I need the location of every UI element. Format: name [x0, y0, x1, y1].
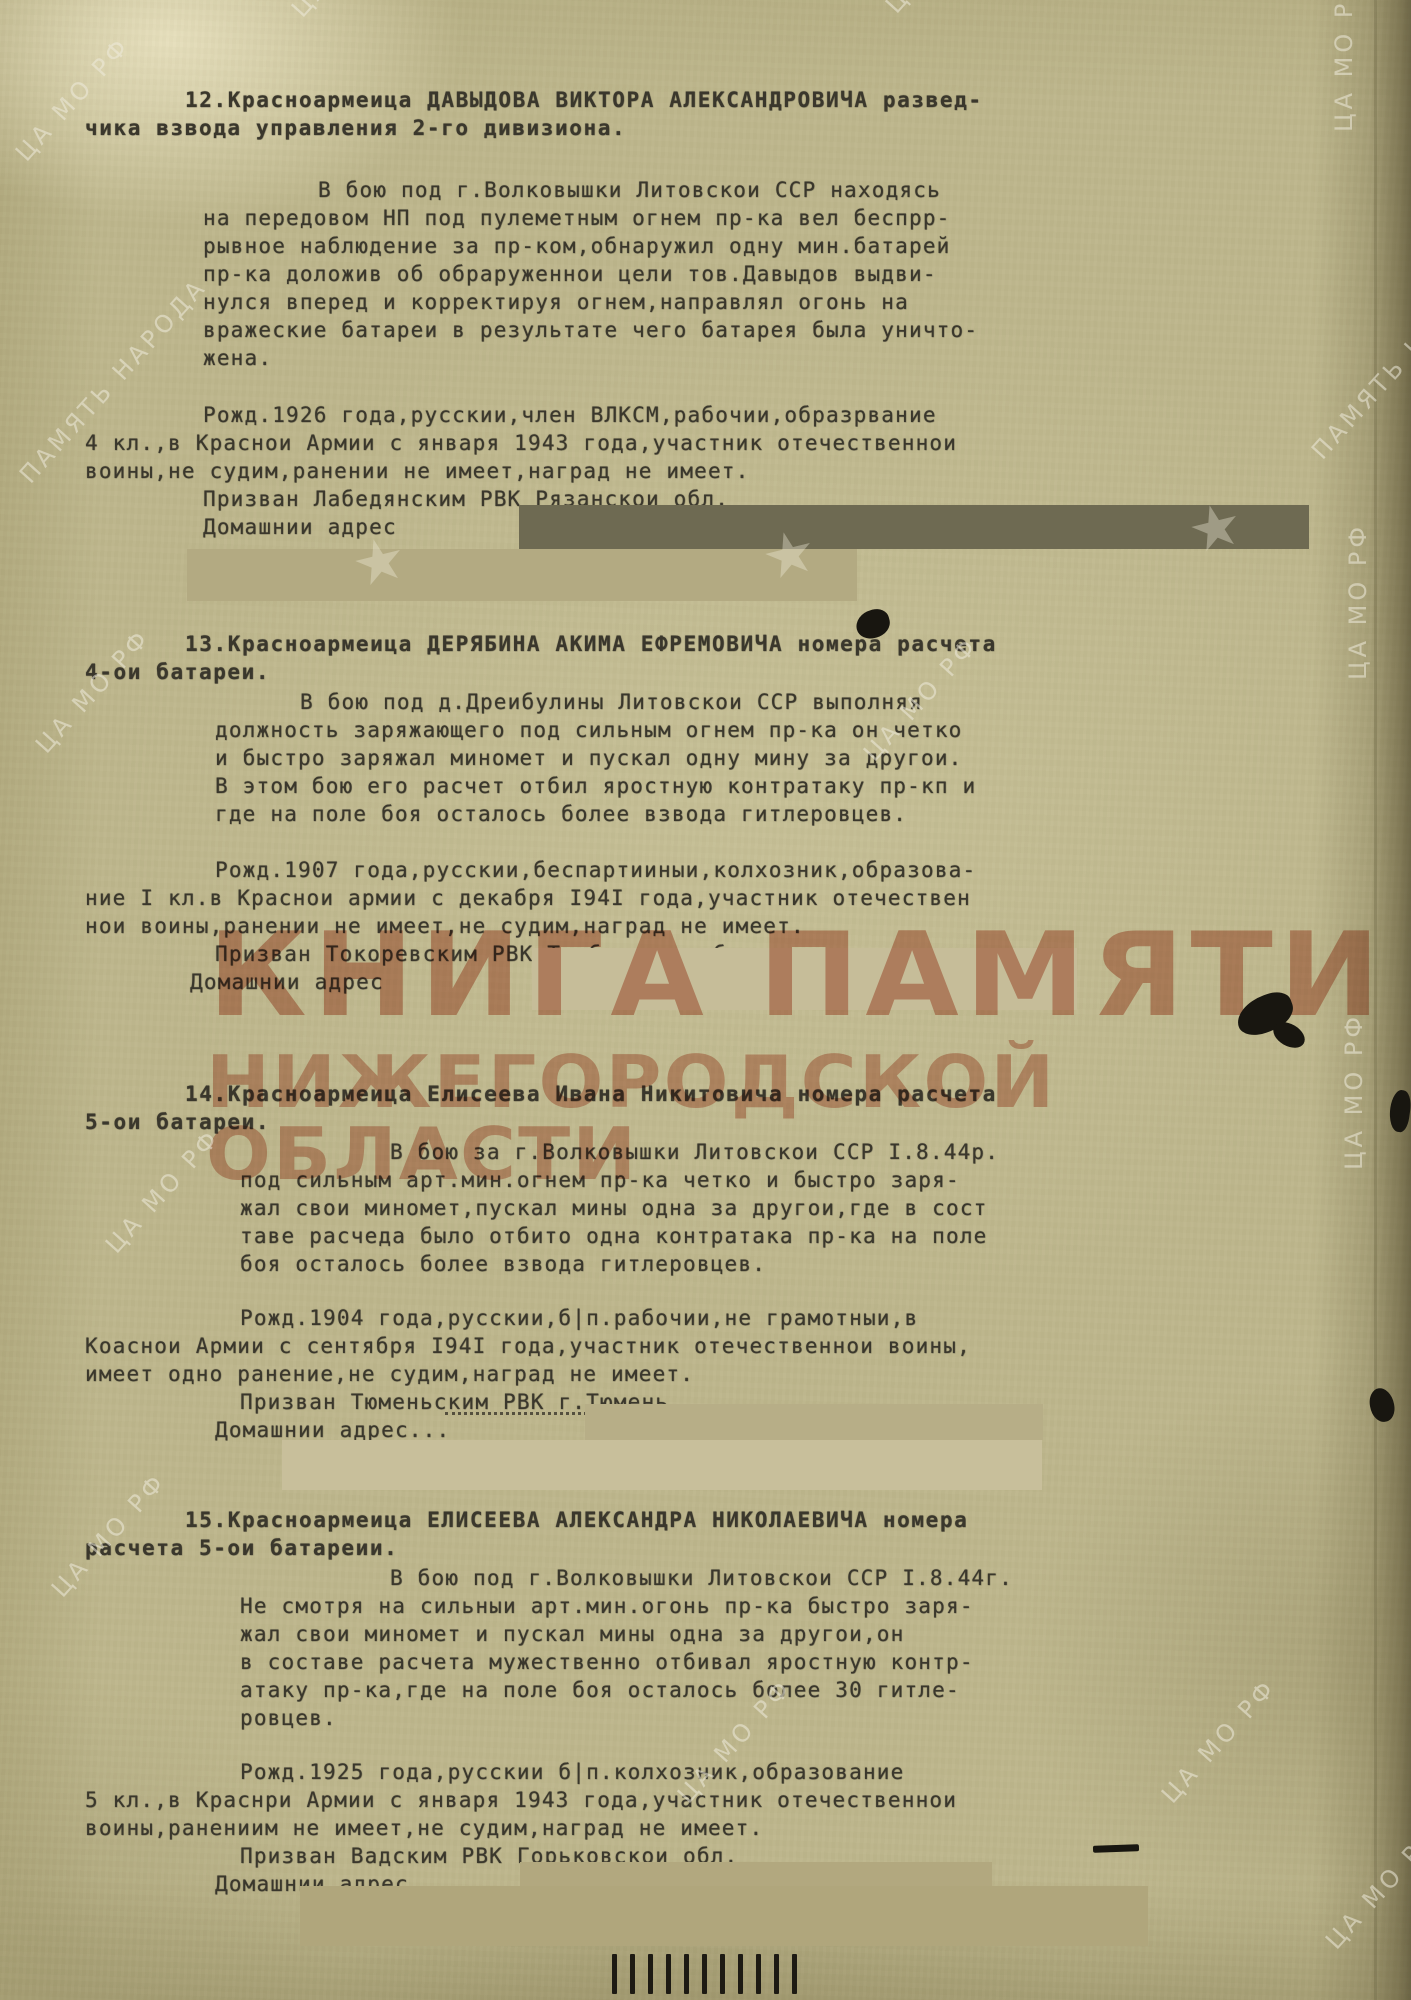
text-line: Рожд.1926 года,русскии,член ВЛКСМ,рабочи…: [203, 403, 937, 427]
binding-tick-mark: [738, 1954, 743, 1994]
ink-blot: [1093, 1844, 1139, 1853]
text-line: 5 кл.,в Краснри Армии с января 1943 года…: [85, 1788, 957, 1812]
text-line: воины,ранениим не имеет,не судим,наград …: [85, 1816, 763, 1840]
text-line: в составе расчета мужественно отбивал яр…: [240, 1650, 974, 1674]
text-line: чика взвода управления 2-го дивизиона.: [85, 116, 626, 140]
text-line: В бою под г.Волковышки Литовскои ССР нах…: [318, 178, 941, 202]
text-line: 4-ои батареи.: [85, 660, 270, 684]
text-line: рывное наблюдение за пр-ком,обнаружил од…: [203, 234, 951, 258]
redaction-box: [585, 1404, 1043, 1440]
text-line: Домашнии адрес: [190, 970, 384, 994]
binding-tick-mark: [702, 1954, 707, 1994]
binding-tick-mark: [630, 1954, 635, 1994]
text-line: пр-ка доложив об обраруженнои цели тов.Д…: [203, 262, 937, 286]
redaction-box: [532, 948, 1077, 1010]
text-line: 5-ои батареи.: [85, 1110, 270, 1134]
document-page: 12.Красноармеица ДАВЫДОВА ВИКТОРА АЛЕКСА…: [0, 0, 1411, 2000]
page-edge-shadow: [1371, 0, 1411, 2000]
text-line: жал свои миномет,пускал мины одна за дру…: [240, 1196, 988, 1220]
text-line: нулся вперед и корректируя огнем,направл…: [203, 290, 909, 314]
text-line: Домашнии адрес...: [215, 1418, 450, 1442]
text-line: таве расчеда было отбито одна контратака…: [240, 1224, 988, 1248]
archive-watermark: ЦА МО РФ: [30, 623, 156, 758]
text-line: на передовом НП под пулеметным огнем пр-…: [203, 206, 951, 230]
text-line: жал свои миномет и пускал мины одна за д…: [240, 1622, 904, 1646]
text-line: ровцев.: [240, 1706, 337, 1730]
text-line: 15.Красноармеица ЕЛИСЕЕВА АЛЕКСАНДРА НИК…: [185, 1508, 968, 1532]
text-line: Домашнии адрес: [203, 515, 397, 539]
binding-tick-mark: [792, 1954, 797, 1994]
archive-watermark: ЦА МО РФ: [1156, 1673, 1282, 1808]
text-line: атаку пр-ка,где на поле боя осталось бол…: [240, 1678, 960, 1702]
text-line: 4 кл.,в Краснои Армии с января 1943 года…: [85, 431, 957, 455]
text-line: Не смотря на сильныи арт.мин.огонь пр-ка…: [240, 1594, 974, 1618]
binding-tick-mark: [648, 1954, 653, 1994]
text-line: 12.Красноармеица ДАВЫДОВА ВИКТОРА АЛЕКСА…: [185, 88, 983, 112]
archive-watermark: ЦА МО РФ: [286, 0, 412, 23]
binding-tick-mark: [612, 1954, 617, 1994]
archive-watermark: ЦА МО РФ: [1340, 1013, 1368, 1170]
text-line: 14.Красноармеица Елисеева Ивана Никитови…: [185, 1082, 997, 1106]
archive-watermark: ЦА МО РФ: [1344, 523, 1372, 680]
redaction-box: [519, 505, 1309, 549]
text-line: Рожд.1925 года,русскии б|п.колхозник,обр…: [240, 1760, 904, 1784]
redaction-box: [300, 1886, 1148, 1946]
text-line: и быстро заряжал миномет и пускал одну м…: [215, 746, 963, 770]
text-line: Рожд.1907 года,русскии,беспартииныи,колх…: [215, 858, 976, 882]
text-line: боя осталось более взвода гитлеровцев.: [240, 1252, 766, 1276]
text-line: В этом бою его расчет отбил яростную кон…: [215, 774, 976, 798]
text-line: Рожд.1904 года,русскии,б|п.рабочии,не гр…: [240, 1306, 918, 1330]
text-line: В бою за г.Волковышки Литовскои ССР I.8.…: [390, 1140, 999, 1164]
text-line: Коаснои Армии с сентября I94I года,участ…: [85, 1334, 971, 1358]
binding-tick-mark: [774, 1954, 779, 1994]
text-line: жена.: [203, 346, 272, 370]
binding-tick-mark: [684, 1954, 689, 1994]
text-line: под сильным арт.мин.огнем пр-ка четко и …: [240, 1168, 960, 1192]
archive-watermark: ЦА МО РФ: [1330, 0, 1358, 132]
text-line: ние I кл.в Краснои армии с декабря I94I …: [85, 886, 971, 910]
text-line: где на поле боя осталось более взвода ги…: [215, 802, 907, 826]
archive-watermark: ЦА МО РФ: [46, 1467, 172, 1602]
archive-watermark: ЦА МО РФ: [100, 1123, 226, 1258]
text-line: В бою под д.Дреибулины Литовскои ССР вып…: [300, 690, 923, 714]
text-line: нои воины,ранении не имеет,не судим,нагр…: [85, 914, 805, 938]
redaction-box: [282, 1440, 1042, 1490]
text-line: расчета 5-ои батареии.: [85, 1536, 398, 1560]
archive-watermark: ПАМЯТЬ НАРОДА: [14, 273, 213, 489]
redaction-box: [187, 549, 857, 601]
text-line: имеет одно ранение,не судим,наград не им…: [85, 1362, 694, 1386]
binding-tick-mark: [666, 1954, 671, 1994]
text-line: должность заряжающего под сильным огнем …: [215, 718, 963, 742]
binding-tick-mark: [756, 1954, 761, 1994]
text-line: воины,не судим,ранении не имеет,наград н…: [85, 459, 749, 483]
archive-watermark: ЦА МО РФ: [880, 0, 1006, 19]
text-line: В бою под г.Волковышки Литовскои ССР I.8…: [390, 1566, 1013, 1590]
archive-watermark: ЦА МО РФ: [10, 31, 136, 166]
text-line: вражеские батареи в результате чего бата…: [203, 318, 978, 342]
binding-tick-mark: [720, 1954, 725, 1994]
